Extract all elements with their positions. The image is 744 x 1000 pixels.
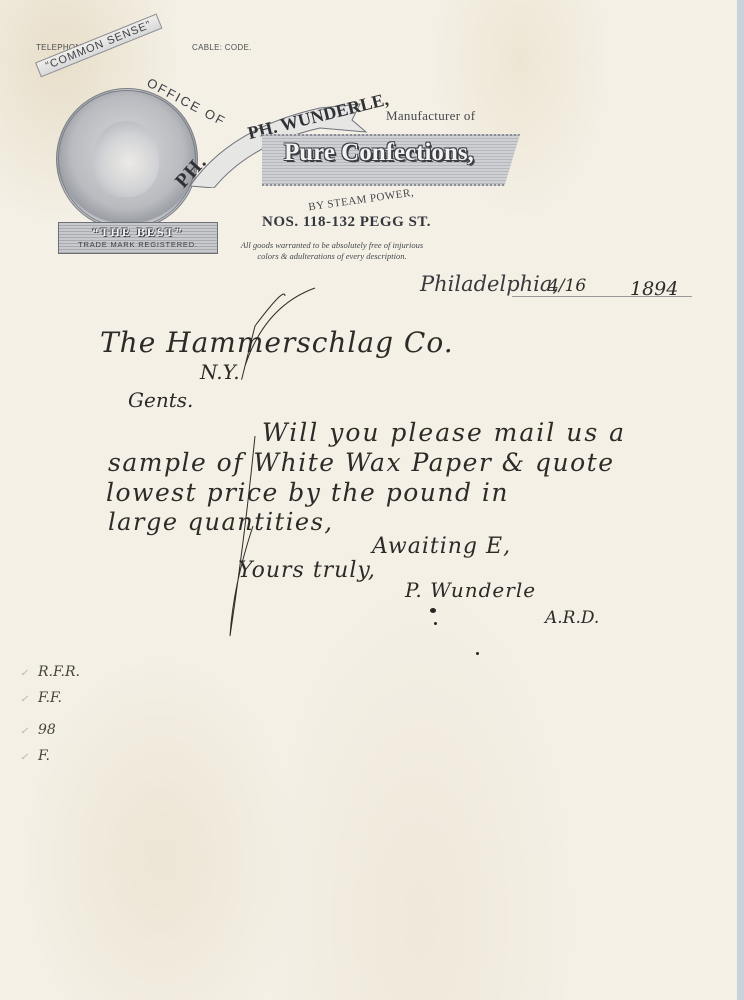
margin-note-text: F. bbox=[38, 748, 50, 764]
girl-portrait-icon bbox=[93, 121, 159, 197]
margin-note: ✓ 98 bbox=[38, 722, 56, 738]
dateline-place: Philadelphia, bbox=[420, 272, 559, 296]
addressee-city: N.Y. bbox=[200, 360, 240, 384]
signature-initials: A.R.D. bbox=[545, 608, 599, 628]
product-title: Pure Confections, bbox=[284, 139, 474, 167]
pencil-tick-icon: ✓ bbox=[20, 694, 28, 705]
body-line: lowest price by the pound in bbox=[106, 478, 509, 507]
dateline-date: 4/16 bbox=[548, 276, 586, 296]
margin-note-text: 98 bbox=[38, 722, 56, 738]
trademark-plate: “THE BEST” TRADE MARK REGISTERED. bbox=[58, 222, 218, 254]
manufacturer-of-label: Manufacturer of bbox=[386, 108, 475, 124]
salutation: Gents. bbox=[128, 388, 193, 412]
pencil-tick-icon: ✓ bbox=[20, 752, 28, 763]
cable-code: CABLE: CODE. bbox=[192, 43, 252, 52]
process-label: BY STEAM POWER, bbox=[308, 187, 415, 214]
margin-note-text: R.F.R. bbox=[38, 664, 80, 680]
pencil-tick-icon: ✓ bbox=[20, 726, 28, 737]
ink-blot bbox=[476, 652, 479, 655]
margin-note-text: F.F. bbox=[38, 690, 62, 706]
ink-blot bbox=[430, 608, 436, 613]
valediction: Yours truly, bbox=[238, 558, 376, 583]
business-address: NOS. 118-132 PEGG ST. bbox=[262, 214, 431, 231]
ink-blot bbox=[434, 622, 437, 625]
margin-note: ✓ R.F.R. bbox=[38, 664, 80, 680]
signature: P. Wunderle bbox=[405, 578, 536, 602]
trademark-subtitle: TRADE MARK REGISTERED. bbox=[59, 240, 217, 249]
margin-note: ✓ F. bbox=[38, 748, 50, 764]
trademark-title: “THE BEST” bbox=[59, 225, 217, 240]
warranty-text: All goods warranted to be absolutely fre… bbox=[232, 240, 432, 262]
margin-note: ✓ F.F. bbox=[38, 690, 62, 706]
body-line: large quantities, bbox=[108, 508, 334, 536]
addressee: The Hammerschlag Co. bbox=[100, 326, 454, 359]
closing-line: Awaiting E, bbox=[372, 534, 511, 559]
dateline-year: 1894 bbox=[630, 278, 678, 300]
body-line: Will you please mail us a bbox=[262, 418, 626, 447]
pencil-tick-icon: ✓ bbox=[20, 668, 28, 679]
body-line: sample of White Wax Paper & quote bbox=[108, 448, 614, 477]
letter-sheet: TELEPHONE 671 CABLE: CODE. “COMMON SENSE… bbox=[0, 0, 737, 1000]
